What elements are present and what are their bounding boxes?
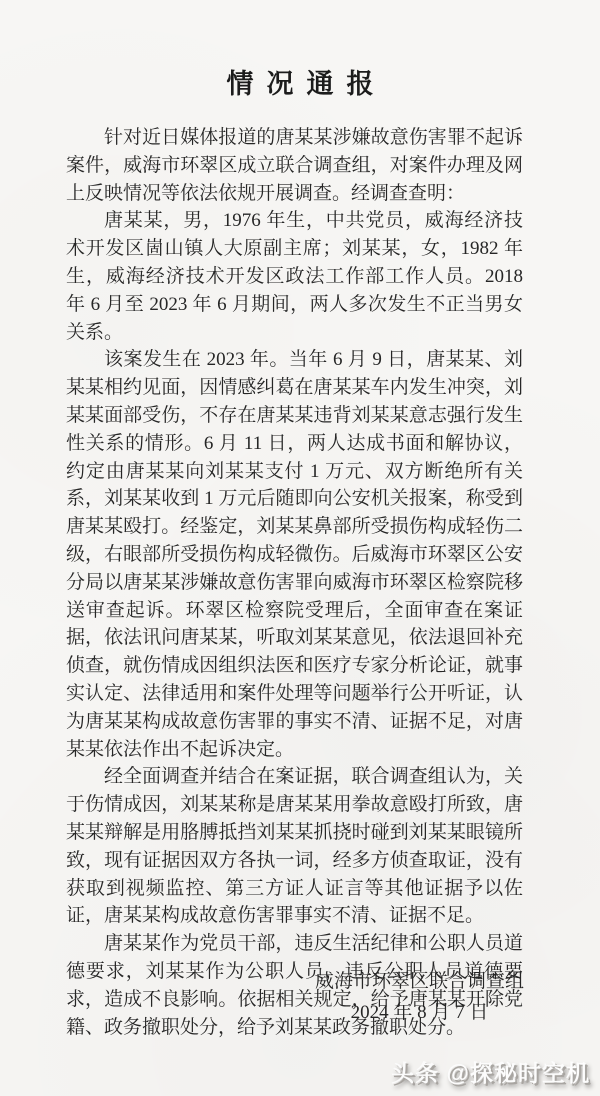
document-page: 情况通报 针对近日媒体报道的唐某某涉嫌故意伤害罪不起诉案件，威海市环翠区成立联合… xyxy=(0,0,600,1096)
paragraph-intro: 针对近日媒体报道的唐某某涉嫌故意伤害罪不起诉案件，威海市环翠区成立联合调查组，对… xyxy=(66,124,523,207)
paragraph-case-facts: 该案发生在 2023 年。当年 6 月 9 日，唐某某、刘某某相约见面，因情感纠… xyxy=(66,346,523,763)
toutiao-watermark: 头条 @探秘时空机 xyxy=(391,1055,590,1088)
paragraph-investigation-conclusion: 经全面调查并结合在案证据，联合调查组认为，关于伤情成因，刘某某称是唐某某用拳故意… xyxy=(66,763,523,930)
document-title: 情况通报 xyxy=(0,62,600,101)
document-body: 针对近日媒体报道的唐某某涉嫌故意伤害罪不起诉案件，威海市环翠区成立联合调查组，对… xyxy=(66,124,523,1041)
paragraph-persons: 唐某某，男，1976 年生，中共党员，威海经济技术开发区崮山镇人大原副主席；刘某… xyxy=(66,207,523,346)
signature-block: 威海市环翠区联合调查组 2024 年 8 月 7 日 xyxy=(315,966,524,1028)
signature-date: 2024 年 8 月 7 日 xyxy=(351,997,489,1028)
signature-organization: 威海市环翠区联合调查组 xyxy=(315,966,524,997)
